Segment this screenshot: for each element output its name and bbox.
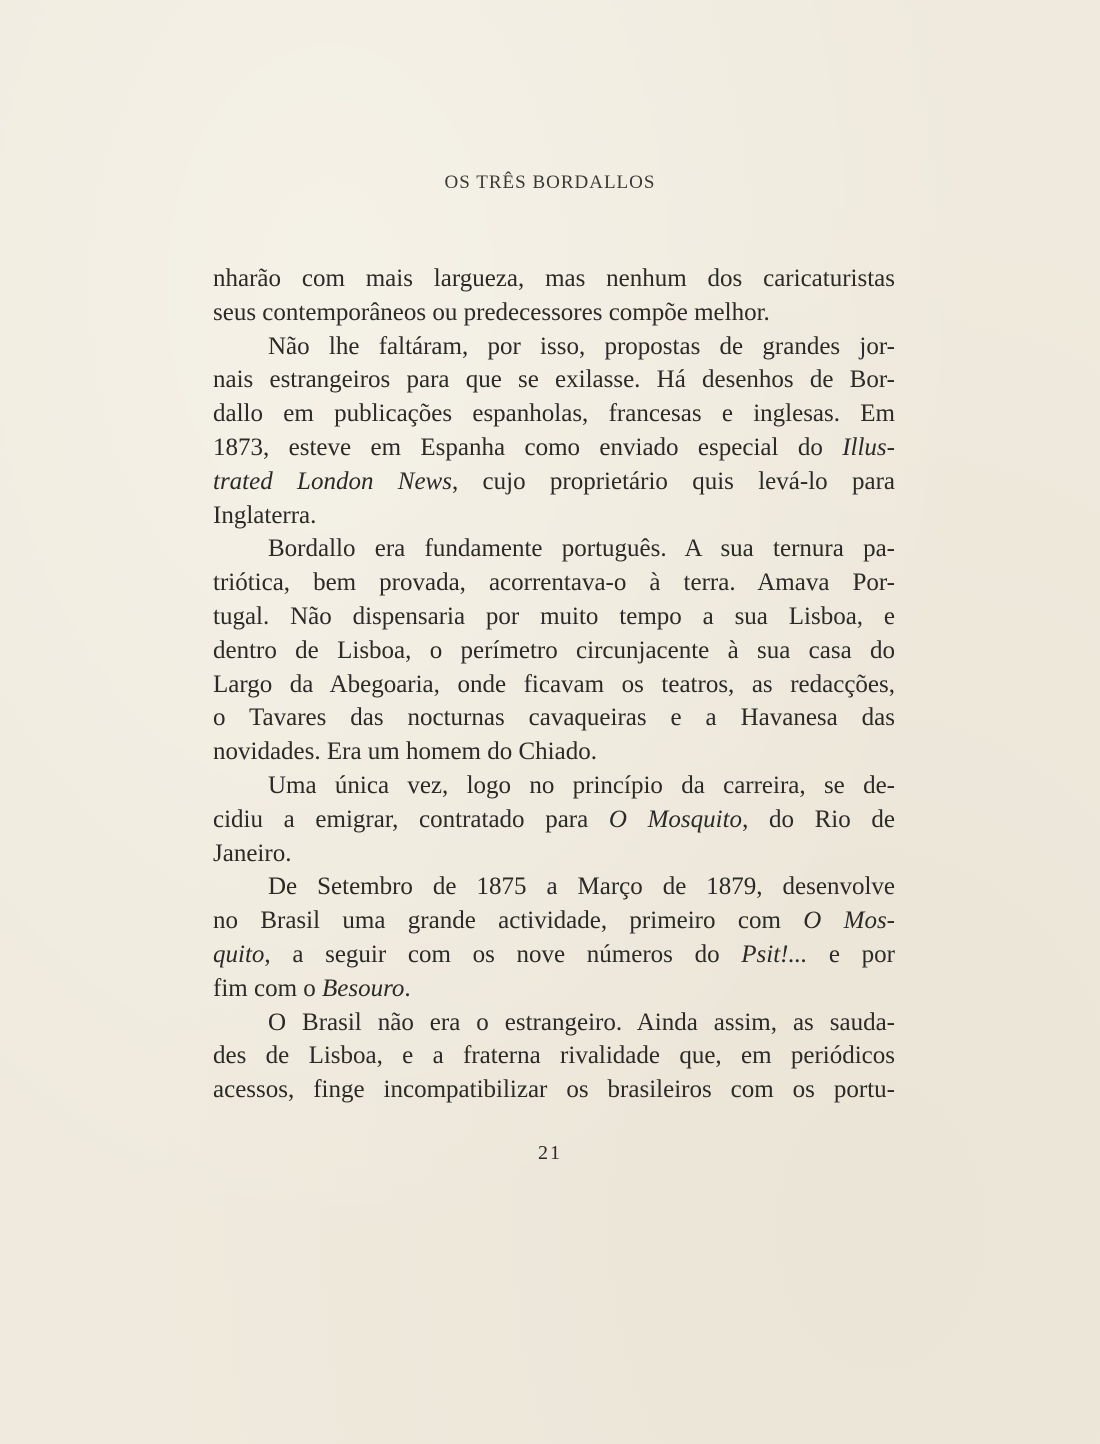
text-segment: , cujo proprietário quis levá-lo para bbox=[452, 468, 895, 495]
text-line: nharão com mais largueza, mas nenhum dos… bbox=[213, 262, 895, 296]
text-line: Uma única vez, logo no princípio da carr… bbox=[213, 769, 895, 803]
text-segment: cidiu a emigrar, contratado para bbox=[213, 806, 609, 833]
paragraph-2: Não lhe faltáram, por isso, propostas de… bbox=[213, 330, 895, 533]
text-segment: fim com o bbox=[213, 975, 322, 1002]
italic-title: quito bbox=[213, 941, 264, 968]
text-line: Largo da Abegoaria, onde ficavam os teat… bbox=[213, 668, 895, 702]
text-line: novidades. Era um homem do Chiado. bbox=[213, 735, 895, 769]
paragraph-6: O Brasil não era o estrangeiro. Ainda as… bbox=[213, 1006, 895, 1107]
text-line: dentro de Lisboa, o perímetro circunjace… bbox=[213, 634, 895, 668]
text-segment: 1873, esteve em Espanha como enviado esp… bbox=[213, 434, 842, 461]
text-line: acessos, finge incompatibilizar os brasi… bbox=[213, 1073, 895, 1107]
text-line: O Brasil não era o estrangeiro. Ainda as… bbox=[213, 1006, 895, 1040]
paragraph-4: Uma única vez, logo no princípio da carr… bbox=[213, 769, 895, 870]
text-line: fim com o Besouro. bbox=[213, 972, 895, 1006]
paragraph-3: Bordallo era fundamente português. A sua… bbox=[213, 532, 895, 769]
text-segment: e por bbox=[807, 941, 895, 968]
text-segment: no Brasil uma grande actividade, primeir… bbox=[213, 907, 803, 934]
text-segment: , do Rio de bbox=[742, 806, 895, 833]
text-line: Inglaterra. bbox=[213, 499, 895, 533]
running-head: OS TRÊS BORDALLOS bbox=[0, 172, 1100, 194]
book-page: OS TRÊS BORDALLOS nharão com mais largue… bbox=[0, 0, 1100, 1444]
body-text: nharão com mais largueza, mas nenhum dos… bbox=[213, 262, 895, 1107]
paragraph-1: nharão com mais largueza, mas nenhum dos… bbox=[213, 262, 895, 330]
text-line: trated London News, cujo proprietário qu… bbox=[213, 465, 895, 499]
text-line: nais estrangeiros para que se exilasse. … bbox=[213, 363, 895, 397]
text-line: De Setembro de 1875 a Março de 1879, des… bbox=[213, 870, 895, 904]
italic-title: O Mosquito bbox=[609, 806, 742, 833]
text-line: o Tavares das nocturnas cavaqueiras e a … bbox=[213, 701, 895, 735]
text-segment: . bbox=[404, 975, 410, 1002]
paragraph-5: De Setembro de 1875 a Março de 1879, des… bbox=[213, 870, 895, 1005]
italic-title: Besouro bbox=[322, 975, 404, 1002]
italic-title: Illus- bbox=[842, 434, 895, 461]
italic-title: O Mos- bbox=[803, 907, 895, 934]
text-line: Não lhe faltáram, por isso, propostas de… bbox=[213, 330, 895, 364]
text-line: no Brasil uma grande actividade, primeir… bbox=[213, 904, 895, 938]
text-segment: , a seguir com os nove números do bbox=[264, 941, 741, 968]
page-number: 21 bbox=[0, 1142, 1100, 1165]
text-line: triótica, bem provada, acorrentava-o à t… bbox=[213, 566, 895, 600]
italic-title: trated London News bbox=[213, 468, 452, 495]
text-line: des de Lisboa, e a fraterna rivalidade q… bbox=[213, 1039, 895, 1073]
text-line: tugal. Não dispensaria por muito tempo a… bbox=[213, 600, 895, 634]
text-line: quito, a seguir com os nove números do P… bbox=[213, 938, 895, 972]
text-line: seus contemporâneos ou predecessores com… bbox=[213, 296, 895, 330]
text-line: 1873, esteve em Espanha como enviado esp… bbox=[213, 431, 895, 465]
text-line: cidiu a emigrar, contratado para O Mosqu… bbox=[213, 803, 895, 837]
text-line: Janeiro. bbox=[213, 837, 895, 871]
italic-title: Psit!... bbox=[741, 941, 807, 968]
text-line: Bordallo era fundamente português. A sua… bbox=[213, 532, 895, 566]
text-line: dallo em publicações espanholas, frances… bbox=[213, 397, 895, 431]
